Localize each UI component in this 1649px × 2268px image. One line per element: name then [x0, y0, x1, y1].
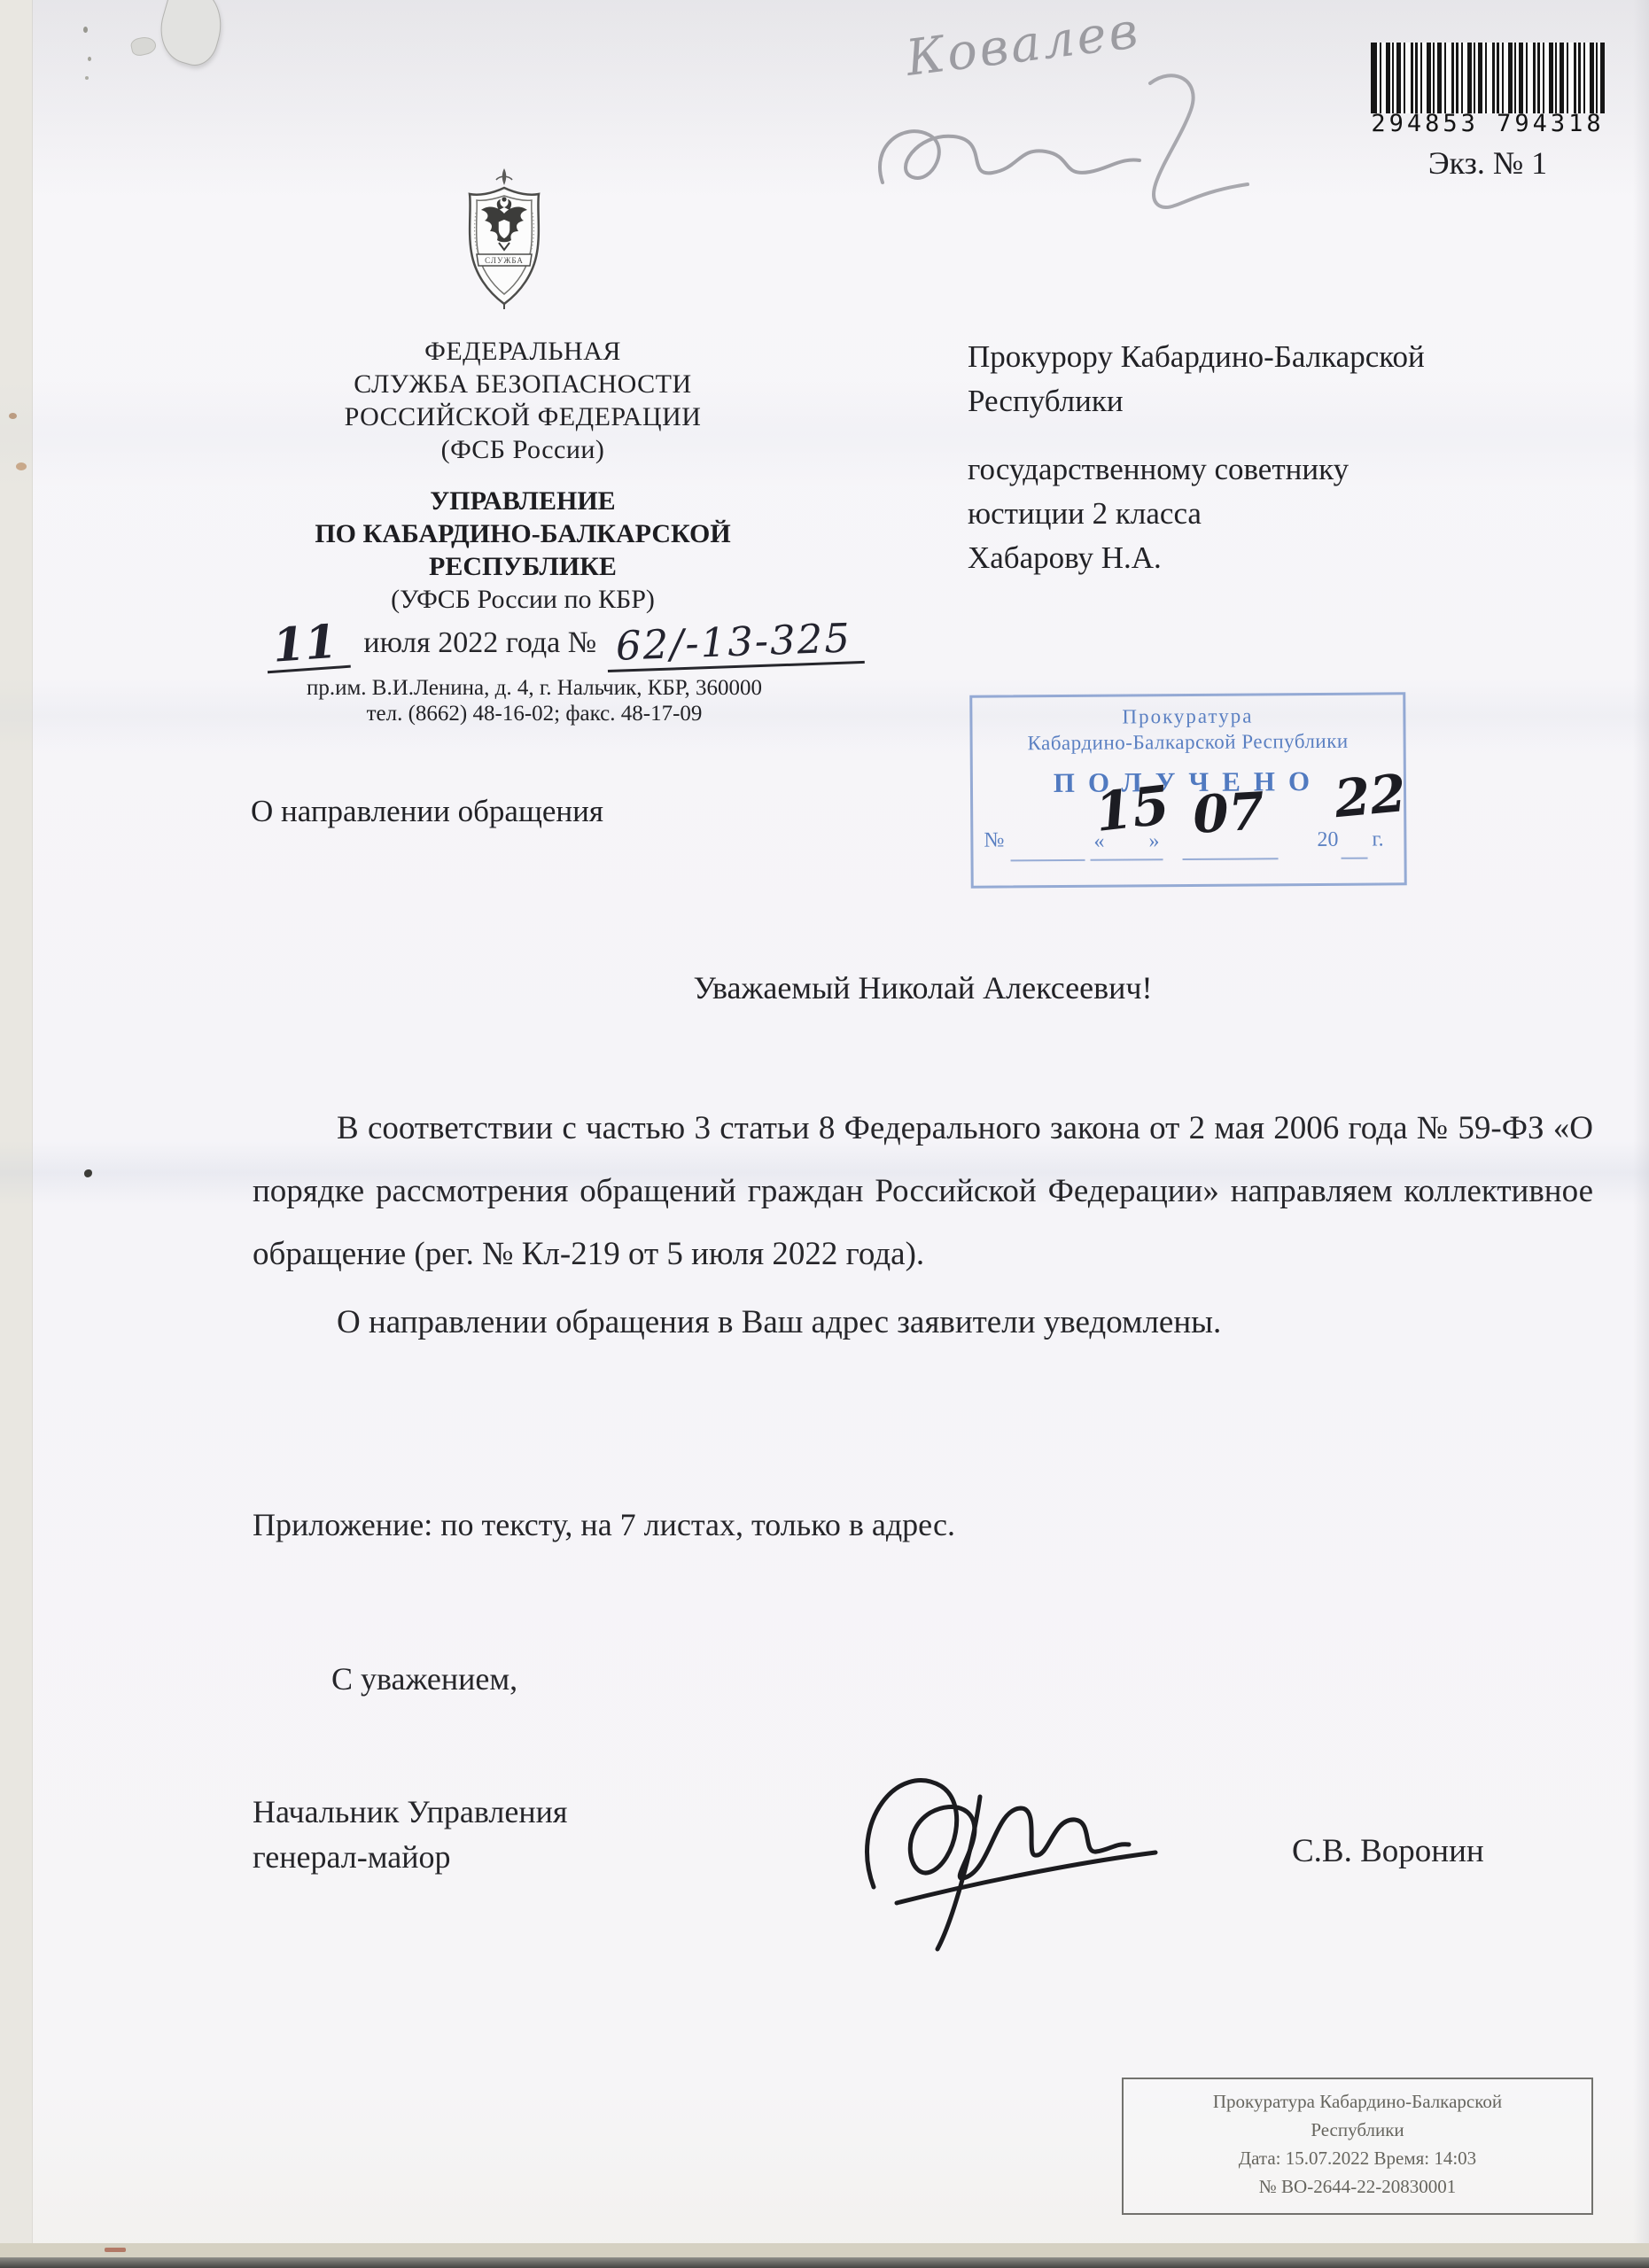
paper-speck — [84, 1169, 92, 1177]
handwritten-received-month: 07 — [1191, 781, 1266, 845]
registration-stamp-line: Дата: 15.07.2022 Время: 14:03 — [1124, 2144, 1591, 2172]
received-stamp-org-line: Кабардино-Балкарской Республики — [973, 729, 1404, 755]
barcode-block: 294853 794318 Экз. № 1 — [1369, 43, 1606, 182]
stamp-year-suffix: г. — [1372, 827, 1383, 851]
stamp-year-prefix: 20 — [1317, 828, 1338, 852]
registration-stamp: Прокуратура Кабардино-Балкарской Республ… — [1122, 2078, 1593, 2215]
org-abbr-line: (ФСБ России) — [251, 433, 795, 466]
recipient-line: Хабарову Н.А. — [968, 536, 1597, 580]
body-paragraph: В соответствии с частью 3 статьи 8 Федер… — [253, 1097, 1593, 1285]
registration-stamp-line: Республики — [1124, 2116, 1591, 2144]
recipient-line: Прокурору Кабардино-Балкарской — [968, 335, 1597, 379]
paper-speck — [16, 462, 27, 470]
sender-address: пр.им. В.И.Ленина, д. 4, г. Нальчик, КБР… — [251, 675, 818, 701]
handwritten-day: 11 — [264, 617, 351, 673]
exemplar-label: Экз. № 1 — [1369, 144, 1606, 182]
letterhead: ФЕДЕРАЛЬНАЯ СЛУЖБА БЕЗОПАСНОСТИ РОССИЙСК… — [251, 335, 795, 615]
recipient-line: Республики — [968, 379, 1597, 423]
paper-speck — [83, 27, 88, 33]
org-name-line: ФЕДЕРАЛЬНАЯ — [251, 335, 795, 368]
received-stamp-org-line: Прокуратура — [972, 703, 1403, 729]
signer-position-line: генерал-майор — [253, 1835, 567, 1880]
paper-fleck — [105, 2248, 126, 2252]
scanner-edge-left — [0, 0, 33, 2268]
salutation: Уважаемый Николай Алексеевич! — [253, 969, 1593, 1006]
signer-position-line: Начальник Управления — [253, 1790, 567, 1835]
barcode-number: 294853 794318 — [1369, 110, 1606, 137]
handwritten-outgoing-number: 62/-13-325 — [606, 617, 865, 672]
scanned-letter-page: Ковалев 294853 794318 Экз. № 1 СЛУЖБА ФЕ… — [0, 0, 1649, 2268]
closing-line: С уважением, — [331, 1660, 517, 1697]
signer-position: Начальник Управления генерал-майор — [253, 1790, 567, 1880]
paper-speck — [88, 57, 91, 61]
signer-name: С.В. Воронин — [1292, 1832, 1484, 1870]
sender-phone: тел. (8662) 48-16-02; факс. 48-17-09 — [251, 701, 818, 726]
scanner-edge-bottom — [0, 2257, 1649, 2268]
stamp-blank-line — [1342, 857, 1368, 859]
org-name-line: РОССИЙСКОЙ ФЕДЕРАЦИИ — [251, 400, 795, 433]
attachment-line: Приложение: по тексту, на 7 листах, толь… — [253, 1506, 955, 1543]
recipient-line: юстиции 2 класса — [968, 492, 1597, 536]
unit-name-line: ПО КАБАРДИНО-БАЛКАРСКОЙ — [251, 517, 795, 550]
sender-address-block: пр.им. В.И.Ленина, д. 4, г. Нальчик, КБР… — [251, 675, 818, 726]
paper-speck — [9, 413, 17, 419]
date-and-number-line: 11июля 2022 года №62/-13-325 — [266, 620, 815, 671]
paper-speck — [85, 76, 89, 80]
recipient-line: государственному советнику — [968, 447, 1597, 492]
received-stamp-no-label: № — [984, 828, 1004, 852]
ink-signature — [847, 1747, 1175, 1955]
unit-abbr-line: (УФСБ России по КБР) — [251, 585, 795, 615]
unit-name-line: РЕСПУБЛИКЕ — [251, 550, 795, 583]
org-name-line: СЛУЖБА БЕЗОПАСНОСТИ — [251, 368, 795, 400]
date-text: июля 2022 года № — [363, 626, 596, 659]
registration-stamp-line: Прокуратура Кабардино-Балкарской — [1124, 2087, 1591, 2116]
received-stamp: Прокуратура Кабардино-Балкарской Республ… — [969, 692, 1407, 888]
handwritten-received-year: 22 — [1332, 763, 1409, 829]
stamp-blank-line — [1183, 857, 1279, 860]
fsb-crest-icon: СЛУЖБА — [455, 167, 554, 310]
body-paragraph: О направлении обращения в Ваш адрес заяв… — [253, 1291, 1593, 1354]
stamp-blank-line — [1091, 858, 1163, 861]
stamp-blank-line — [1011, 858, 1085, 862]
pencil-signature-scribble — [858, 60, 1265, 229]
barcode-icon — [1371, 43, 1605, 113]
letter-body: В соответствии с частью 3 статьи 8 Федер… — [253, 1097, 1593, 1354]
subject-line: О направлении обращения — [251, 794, 603, 829]
svg-text:СЛУЖБА: СЛУЖБА — [485, 256, 524, 265]
registration-stamp-line: № ВО-2644-22-20830001 — [1124, 2172, 1591, 2201]
scanner-edge-right — [1633, 0, 1649, 2268]
handwritten-received-day: 15 — [1093, 774, 1173, 844]
recipient-block: Прокурору Кабардино-Балкарской Республик… — [968, 335, 1597, 580]
unit-name-line: УПРАВЛЕНИЕ — [251, 485, 795, 517]
